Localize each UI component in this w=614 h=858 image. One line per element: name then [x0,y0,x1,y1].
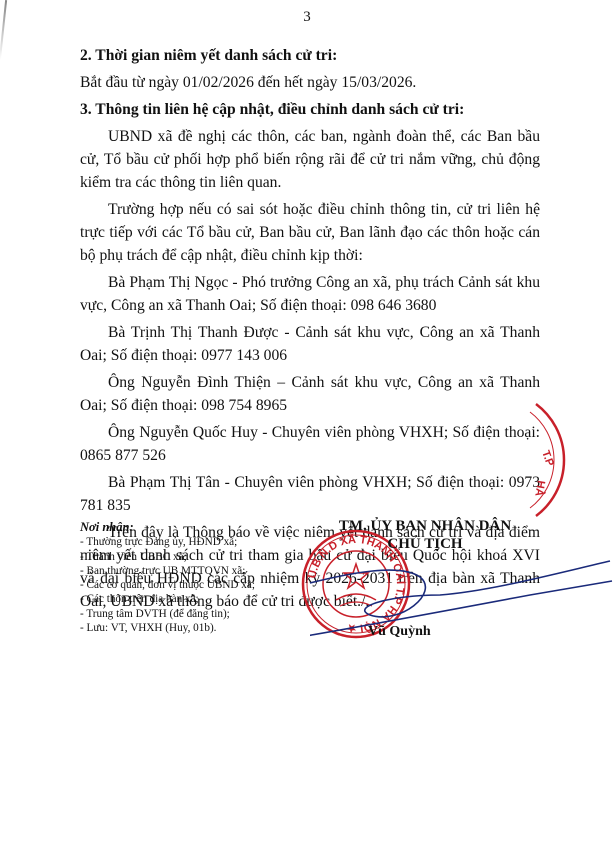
contact-item: Ông Nguyễn Đình Thiện – Cảnh sát khu vực… [80,371,540,417]
svg-text:HÀ: HÀ [532,479,548,497]
signature-block: TM. ỦY BAN NHÂN DÂN CHỦ TỊCH [310,517,540,553]
handwritten-signature-icon [310,555,614,645]
recipient-item: - Ban thường trực UB MTTQVN xã; [80,564,300,578]
section2-heading: 2. Thời gian niêm yết danh sách cử tri: [80,44,540,67]
recipient-item: - Thành viên UBBC xã; [80,550,300,564]
recipients-title: Nơi nhận: [80,520,300,534]
recipient-item: - Các thôn trên địa bàn xã; [80,592,300,606]
section3-para2: Trường hợp nếu có sai sót hoặc điều chỉn… [80,198,540,267]
section3-para1: UBND xã đề nghị các thôn, các ban, ngành… [80,125,540,194]
recipients-block: Nơi nhận: - Thường trực Đảng ủy, HĐND xã… [80,520,300,635]
signature-title: CHỦ TỊCH [310,535,540,553]
section3-heading: 3. Thông tin liên hệ cập nhật, điều chỉn… [80,98,540,121]
signature-org: TM. ỦY BAN NHÂN DÂN [310,517,540,535]
contact-item: Ông Nguyễn Quốc Huy - Chuyên viên phòng … [80,421,540,467]
contact-item: Bà Phạm Thị Tân - Chuyên viên phòng VHXH… [80,471,540,517]
recipient-item: - Lưu: VT, VHXH (Huy, 01b). [80,621,300,635]
recipient-item: - Trung tâm DVTH (để đăng tin); [80,607,300,621]
stamp-edge-icon: T.P HÀ [528,400,608,520]
contact-item: Bà Phạm Thị Ngọc - Phó trưởng Công an xã… [80,271,540,317]
signer-name: Vũ Quỳnh [368,624,431,640]
section2-text: Bắt đầu từ ngày 01/02/2026 đến hết ngày … [80,71,540,94]
contact-item: Bà Trịnh Thị Thanh Được - Cảnh sát khu v… [80,321,540,367]
page-number: 3 [0,9,614,26]
recipient-item: - Thường trực Đảng ủy, HĐND xã; [80,535,300,549]
recipient-item: - Các cơ quan, đơn vị thuộc UBND xã; [80,578,300,592]
